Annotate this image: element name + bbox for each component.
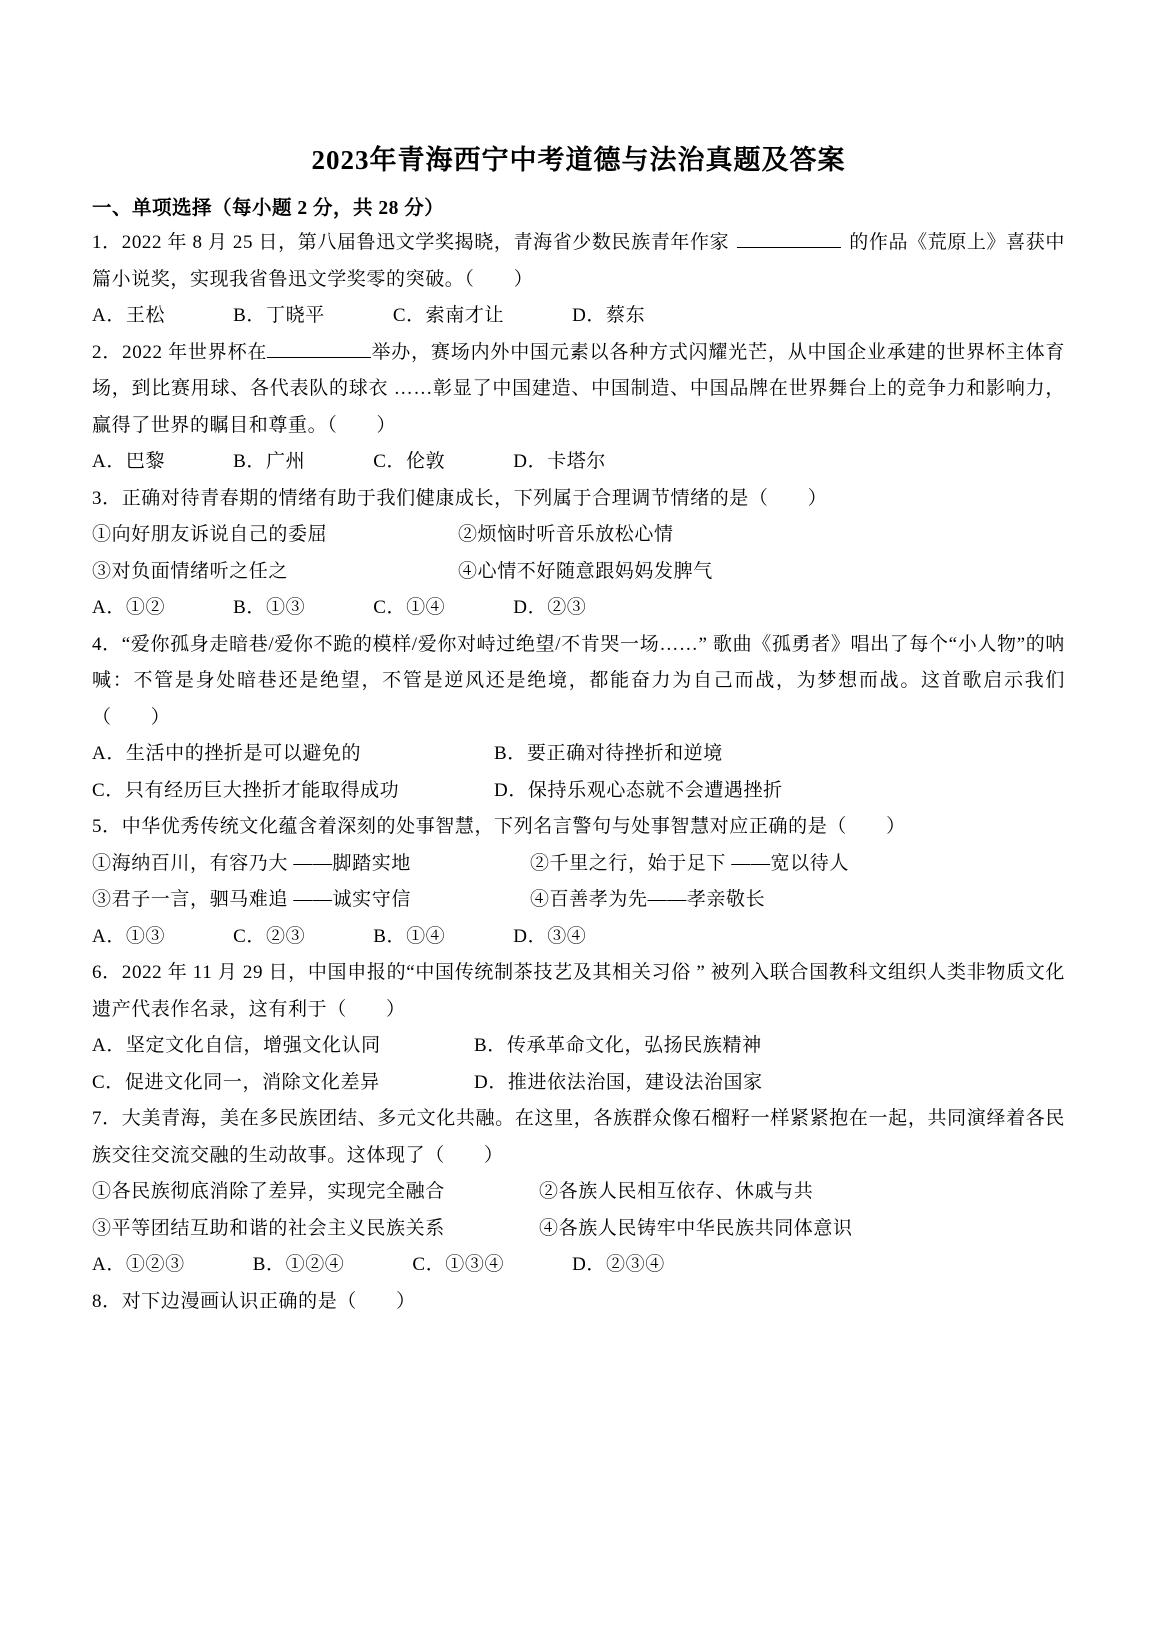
question-5-stem: 5．中华优秀传统文化蕴含着深刻的处事智慧，下列名言警句与处事智慧对应正确的是（ …	[92, 809, 1065, 846]
document-page: 2023年青海西宁中考道德与法治真题及答案 一、单项选择（每小题 2 分，共 2…	[0, 0, 1158, 1638]
question-3-options: A．①② B．①③ C．①④ D．②③	[92, 590, 1065, 627]
option-a: A．坚定文化自信，增强文化认同	[92, 1028, 474, 1065]
fill-in-blank-line	[267, 337, 371, 358]
option-b: B．①④	[373, 919, 445, 956]
question-5-options: A．①③ C．②③ B．①④ D．③④	[92, 919, 1065, 956]
option-d: D．②③④	[572, 1247, 665, 1284]
option-d: D．③④	[513, 919, 586, 956]
question-6-options-row-1: A．坚定文化自信，增强文化认同 B．传承革命文化，弘扬民族精神	[92, 1028, 1065, 1065]
statement-item: ①向好朋友诉说自己的委屈	[92, 517, 458, 554]
option-b: B．广州	[233, 444, 305, 481]
question-2: 2．2022 年世界杯在举办，赛场内外中国元素以各种方式闪耀光芒，从中国企业承建…	[92, 335, 1065, 481]
section-heading: 一、单项选择（每小题 2 分，共 28 分）	[92, 198, 1065, 220]
option-b: B．丁晓平	[233, 298, 325, 335]
question-8: 8．对下边漫画认识正确的是（ ）	[92, 1284, 1065, 1321]
question-1-options: A．王松 B．丁晓平 C．索南才让 D．蔡东	[92, 298, 1065, 335]
question-1: 1．2022 年 8 月 25 日，第八届鲁迅文学奖揭晓，青海省少数民族青年作家…	[92, 225, 1065, 335]
stem-text-before-blank: 1．2022 年 8 月 25 日，第八届鲁迅文学奖揭晓，青海省少数民族青年作家	[92, 232, 729, 253]
option-a: A．①③	[92, 919, 165, 956]
document-title: 2023年青海西宁中考道德与法治真题及答案	[92, 146, 1065, 174]
option-d: D．蔡东	[572, 298, 645, 335]
question-2-stem: 2．2022 年世界杯在举办，赛场内外中国元素以各种方式闪耀光芒，从中国企业承建…	[92, 335, 1065, 445]
question-5-statements-row-1: ①海纳百川，有容乃大 ——脚踏实地 ②千里之行，始于足下 ——宽以待人	[92, 846, 1065, 883]
option-c: C．①④	[373, 590, 445, 627]
question-7-options: A．①②③ B．①②④ C．①③④ D．②③④	[92, 1247, 1065, 1284]
option-c: C．只有经历巨大挫折才能取得成功	[92, 773, 494, 810]
statement-item: ③平等团结互助和谐的社会主义民族关系	[92, 1211, 539, 1248]
question-7-statements-row-1: ①各民族彻底消除了差异，实现完全融合 ②各族人民相互依存、休戚与共	[92, 1174, 1065, 1211]
stem-text-before-blank: 2．2022 年世界杯在	[92, 342, 267, 363]
question-4-options-row-2: C．只有经历巨大挫折才能取得成功 D．保持乐观心态就不会遭遇挫折	[92, 773, 1065, 810]
option-b: B．传承革命文化，弘扬民族精神	[474, 1028, 762, 1065]
question-7: 7．大美青海，美在多民族团结、多元文化共融。在这里，各族群众像石榴籽一样紧紧抱在…	[92, 1101, 1065, 1284]
option-d: D．保持乐观心态就不会遭遇挫折	[494, 773, 783, 810]
question-6: 6．2022 年 11 月 29 日，中国申报的“中国传统制茶技艺及其相关习俗 …	[92, 955, 1065, 1101]
option-c: C．促进文化同一，消除文化差异	[92, 1065, 474, 1102]
question-4: 4．“爱你孤身走暗巷/爱你不跪的模样/爱你对峙过绝望/不肯哭一场……” 歌曲《孤…	[92, 627, 1065, 810]
option-c: C．②③	[233, 919, 305, 956]
question-4-options-row-1: A．生活中的挫折是可以避免的 B．要正确对待挫折和逆境	[92, 736, 1065, 773]
question-6-options-row-2: C．促进文化同一，消除文化差异 D．推进依法治国，建设法治国家	[92, 1065, 1065, 1102]
option-c: C．伦敦	[373, 444, 445, 481]
question-3: 3．正确对待青春期的情绪有助于我们健康成长，下列属于合理调节情绪的是（ ） ①向…	[92, 481, 1065, 627]
option-d: D．卡塔尔	[513, 444, 606, 481]
option-b: B．①②④	[253, 1247, 345, 1284]
statement-item: ④心情不好随意跟妈妈发脾气	[458, 554, 713, 591]
statement-item: ④各族人民铸牢中华民族共同体意识	[539, 1211, 853, 1248]
statement-item: ③君子一言，驷马难追 ——诚实守信	[92, 882, 530, 919]
question-3-statements-row-2: ③对负面情绪听之任之 ④心情不好随意跟妈妈发脾气	[92, 554, 1065, 591]
option-a: A．生活中的挫折是可以避免的	[92, 736, 494, 773]
question-8-stem: 8．对下边漫画认识正确的是（ ）	[92, 1284, 1065, 1321]
statement-item: ④百善孝为先——孝亲敬长	[530, 882, 765, 919]
option-b: B．要正确对待挫折和逆境	[494, 736, 723, 773]
question-1-stem: 1．2022 年 8 月 25 日，第八届鲁迅文学奖揭晓，青海省少数民族青年作家…	[92, 225, 1065, 298]
option-d: D．推进依法治国，建设法治国家	[474, 1065, 763, 1102]
option-c: C．①③④	[412, 1247, 504, 1284]
question-2-options: A．巴黎 B．广州 C．伦敦 D．卡塔尔	[92, 444, 1065, 481]
statement-item: ②千里之行，始于足下 ——宽以待人	[530, 846, 849, 883]
question-3-statements-row-1: ①向好朋友诉说自己的委屈 ②烦恼时听音乐放松心情	[92, 517, 1065, 554]
option-c: C．索南才让	[393, 298, 504, 335]
statement-item: ③对负面情绪听之任之	[92, 554, 458, 591]
fill-in-blank-line	[737, 227, 841, 248]
question-7-stem: 7．大美青海，美在多民族团结、多元文化共融。在这里，各族群众像石榴籽一样紧紧抱在…	[92, 1101, 1065, 1174]
option-a: A．巴黎	[92, 444, 165, 481]
question-5-statements-row-2: ③君子一言，驷马难追 ——诚实守信 ④百善孝为先——孝亲敬长	[92, 882, 1065, 919]
question-4-stem: 4．“爱你孤身走暗巷/爱你不跪的模样/爱你对峙过绝望/不肯哭一场……” 歌曲《孤…	[92, 627, 1065, 737]
statement-item: ①海纳百川，有容乃大 ——脚踏实地	[92, 846, 530, 883]
statement-item: ②烦恼时听音乐放松心情	[458, 517, 674, 554]
option-b: B．①③	[233, 590, 305, 627]
statement-item: ②各族人民相互依存、休戚与共	[539, 1174, 813, 1211]
option-a: A．①②	[92, 590, 165, 627]
question-3-stem: 3．正确对待青春期的情绪有助于我们健康成长，下列属于合理调节情绪的是（ ）	[92, 481, 1065, 518]
option-d: D．②③	[513, 590, 586, 627]
question-5: 5．中华优秀传统文化蕴含着深刻的处事智慧，下列名言警句与处事智慧对应正确的是（ …	[92, 809, 1065, 955]
option-a: A．①②③	[92, 1247, 185, 1284]
question-7-statements-row-2: ③平等团结互助和谐的社会主义民族关系 ④各族人民铸牢中华民族共同体意识	[92, 1211, 1065, 1248]
option-a: A．王松	[92, 298, 165, 335]
document-body: 1．2022 年 8 月 25 日，第八届鲁迅文学奖揭晓，青海省少数民族青年作家…	[92, 225, 1065, 1320]
statement-item: ①各民族彻底消除了差异，实现完全融合	[92, 1174, 539, 1211]
question-6-stem: 6．2022 年 11 月 29 日，中国申报的“中国传统制茶技艺及其相关习俗 …	[92, 955, 1065, 1028]
